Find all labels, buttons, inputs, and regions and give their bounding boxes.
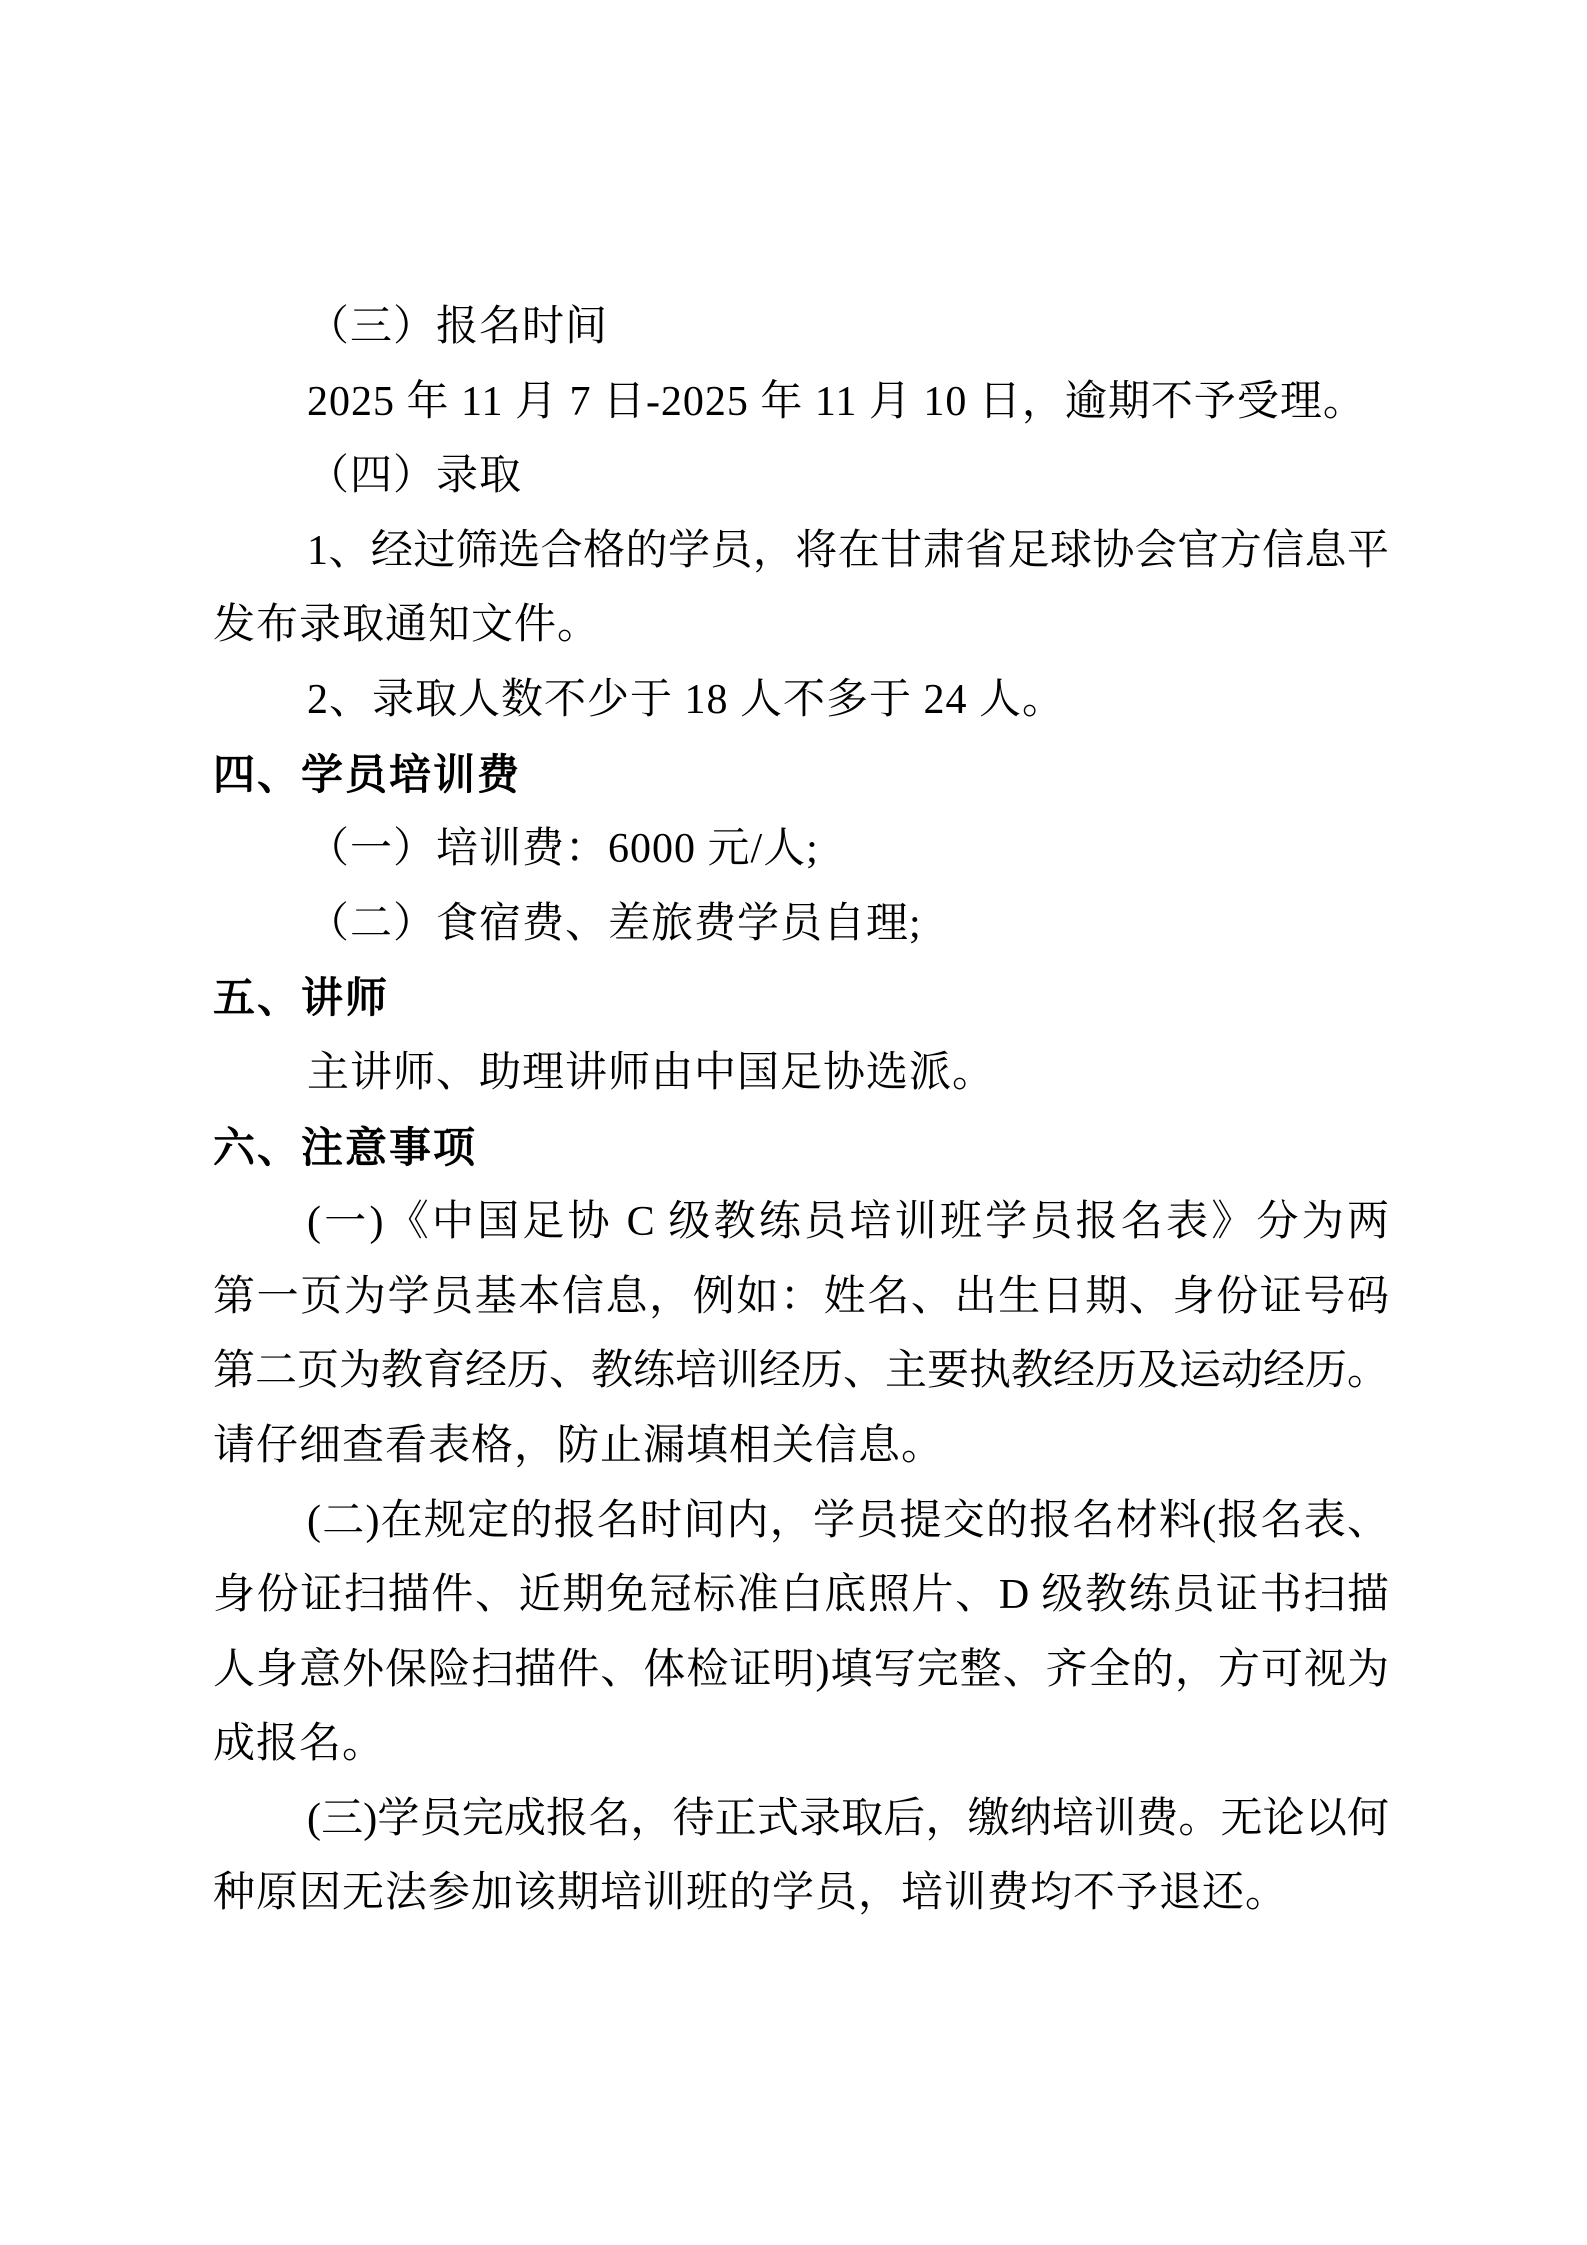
doc-line: 请仔细查看表格，防止漏填相关信息。 <box>213 1409 1389 1484</box>
section-heading: 五、讲师 <box>213 961 1389 1036</box>
doc-line: 1、经过筛选合格的学员，将在甘肃省足球协会官方信息平台 <box>213 514 1389 589</box>
doc-line: （一）培训费：6000 元/人; <box>213 812 1389 887</box>
doc-line: 身份证扫描件、近期免冠标准白底照片、D 级教练员证书扫描件、 <box>213 1558 1389 1633</box>
doc-line: (一)《中国足协 C 级教练员培训班学员报名表》分为两页， <box>213 1185 1389 1260</box>
doc-line: 发布录取通知文件。 <box>213 588 1389 663</box>
doc-line: 第二页为教育经历、教练培训经历、主要执教经历及运动经历。 <box>213 1334 1389 1409</box>
section-heading: 四、学员培训费 <box>213 738 1389 813</box>
doc-line: 成报名。 <box>213 1707 1389 1782</box>
doc-line: 主讲师、助理讲师由中国足协选派。 <box>213 1036 1389 1111</box>
doc-line: (三)学员完成报名，待正式录取后，缴纳培训费。无论以何 <box>213 1782 1389 1857</box>
doc-line: （二）食宿费、差旅费学员自理; <box>213 887 1389 962</box>
doc-line: (二)在规定的报名时间内，学员提交的报名材料(报名表、 <box>213 1484 1389 1559</box>
doc-line: 2、录取人数不少于 18 人不多于 24 人。 <box>213 663 1389 738</box>
doc-line: 2025 年 11 月 7 日-2025 年 11 月 10 日，逾期不予受理。 <box>213 365 1389 440</box>
document-content: （三）报名时间2025 年 11 月 7 日-2025 年 11 月 10 日，… <box>213 290 1389 1931</box>
section-heading: 六、注意事项 <box>213 1111 1389 1186</box>
doc-line: （四）录取 <box>213 439 1389 514</box>
doc-line: 人身意外保险扫描件、体检证明)填写完整、齐全的，方可视为完 <box>213 1633 1389 1708</box>
doc-line: （三）报名时间 <box>213 290 1389 365</box>
doc-line: 种原因无法参加该期培训班的学员，培训费均不予退还。 <box>213 1856 1389 1931</box>
doc-line: 第一页为学员基本信息，例如：姓名、出生日期、身份证号码等， <box>213 1260 1389 1335</box>
document-page: （三）报名时间2025 年 11 月 7 日-2025 年 11 月 10 日，… <box>0 0 1587 2245</box>
